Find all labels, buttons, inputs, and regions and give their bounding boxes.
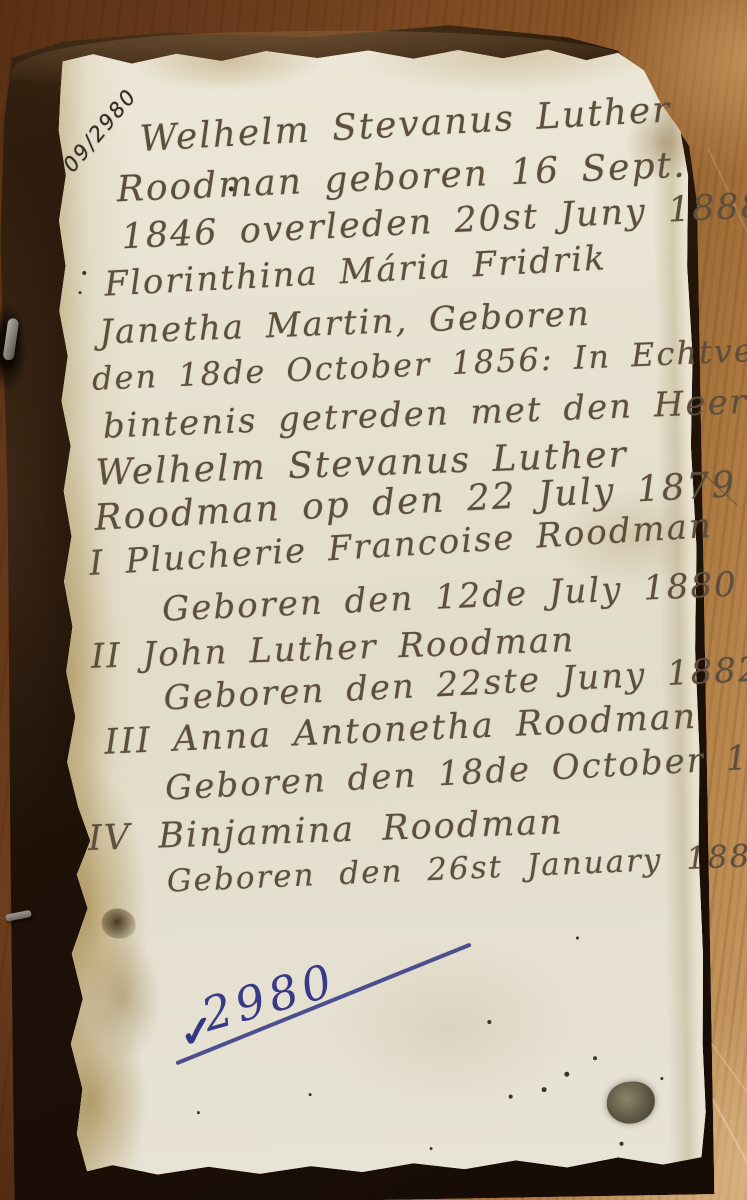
catalog-number-top: 09/2980 (58, 84, 141, 177)
photo-of-manuscript-page: 09/2980 Welhelm Stevanus Luther Roodman … (0, 0, 747, 1200)
speck (576, 936, 579, 939)
manuscript-line: bintenis getreden met den Heer (102, 384, 747, 446)
speck (564, 1072, 569, 1077)
speck (619, 1142, 623, 1146)
speck (309, 1093, 312, 1096)
handwriting-layer: 09/2980 Welhelm Stevanus Luther Roodman … (0, 0, 747, 1200)
speck (542, 1087, 547, 1092)
speck (509, 1095, 513, 1099)
speck (487, 1020, 491, 1024)
catalog-number-bottom: ✓2980 (196, 952, 343, 1042)
speck (660, 1077, 663, 1080)
manuscript-line: Geboren den 12de July 1880 (161, 567, 738, 629)
speck (79, 291, 82, 294)
speck (430, 1147, 433, 1150)
check-mark-icon: ✓ (176, 1004, 223, 1058)
speck (229, 186, 234, 191)
page-stain-spot (101, 908, 136, 939)
speck (82, 271, 86, 275)
speck (593, 1056, 597, 1060)
speck (197, 1111, 200, 1114)
book: 09/2980 Welhelm Stevanus Luther Roodman … (0, 0, 747, 1200)
